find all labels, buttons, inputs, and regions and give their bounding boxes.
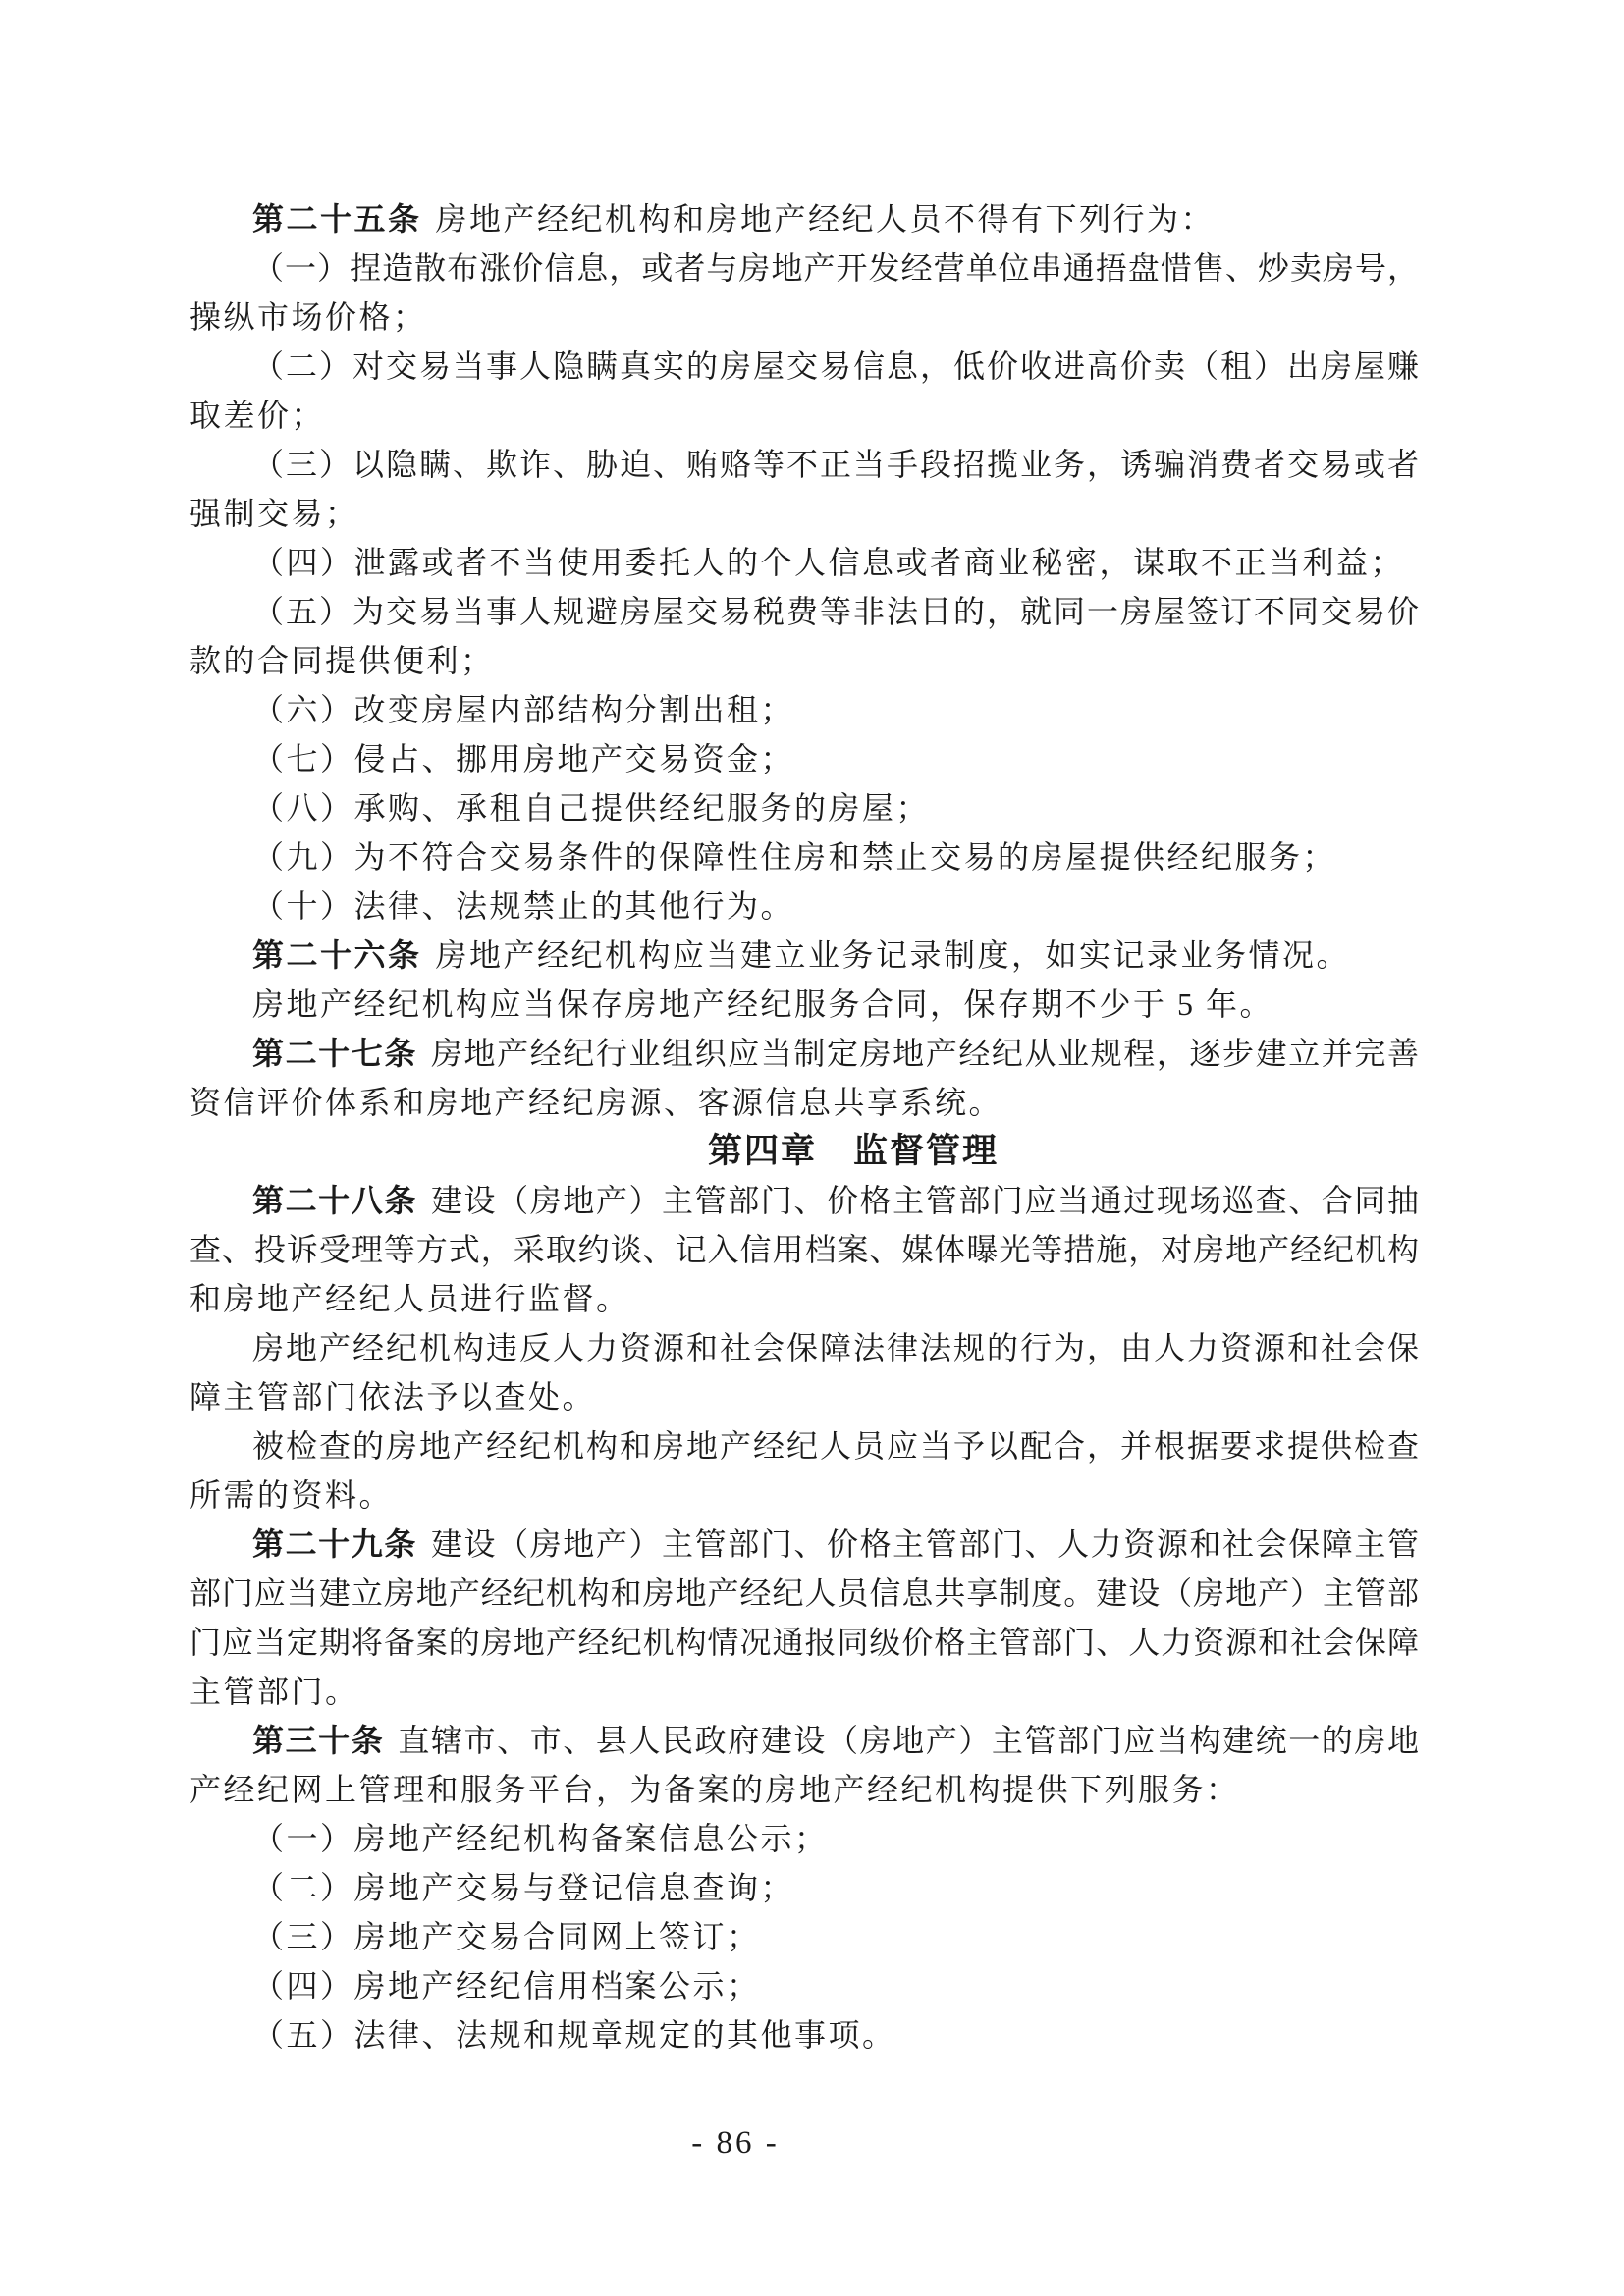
line-text: 障主管部门依法予以查处。 <box>189 1379 596 1415</box>
line-text: 房地产经纪机构违反人力资源和社会保障法律法规的行为，由人力资源和社会保 <box>252 1330 1419 1365</box>
line-text: 和房地产经纪人员进行监督。 <box>189 1281 630 1316</box>
text-line: 部门应当建立房地产经纪机构和房地产经纪人员信息共享制度。建设（房地产）主管部 <box>189 1569 1419 1618</box>
text-line: 取差价； <box>189 391 1419 440</box>
article-number: 第二十九条 <box>252 1526 417 1562</box>
chapter-title-text: 第四章 监督管理 <box>708 1132 999 1170</box>
line-text: 被检查的房地产经纪机构和房地产经纪人员应当予以配合，并根据要求提供检查 <box>252 1428 1419 1464</box>
line-text: （三）以隐瞒、欺诈、胁迫、贿赂等不正当手段招揽业务，诱骗消费者交易或者 <box>252 447 1419 482</box>
line-text: （三）房地产交易合同网上签订； <box>252 1919 761 1954</box>
text-line: （一）房地产经纪机构备案信息公示； <box>189 1814 1419 1863</box>
document-page: 第二十五条房地产经纪机构和房地产经纪人员不得有下列行为：（一）捏造散布涨价信息，… <box>0 0 1624 2296</box>
article-first-line: 第二十六条房地产经纪机构应当建立业务记录制度，如实记录业务情况。 <box>189 931 1419 980</box>
line-text: （四）房地产经纪信用档案公示； <box>252 1968 761 2003</box>
line-text: 部门应当建立房地产经纪机构和房地产经纪人员信息共享制度。建设（房地产）主管部 <box>189 1575 1419 1611</box>
line-text: （五）法律、法规和规章规定的其他事项。 <box>252 2017 896 2053</box>
article-first-line: 第二十八条建设（房地产）主管部门、价格主管部门应当通过现场巡查、合同抽 <box>189 1176 1419 1225</box>
line-text: 建设（房地产）主管部门、价格主管部门应当通过现场巡查、合同抽 <box>431 1183 1419 1218</box>
text-line: （九）为不符合交易条件的保障性住房和禁止交易的房屋提供经纪服务； <box>189 832 1419 881</box>
line-text: 建设（房地产）主管部门、价格主管部门、人力资源和社会保障主管 <box>431 1526 1419 1562</box>
article-first-line: 第二十七条房地产经纪行业组织应当制定房地产经纪从业规程，逐步建立并完善 <box>189 1029 1419 1078</box>
line-text: 资信评价体系和房地产经纪房源、客源信息共享系统。 <box>189 1085 1002 1120</box>
line-text: 款的合同提供便利； <box>189 643 495 678</box>
line-text: （十）法律、法规禁止的其他行为。 <box>252 888 794 924</box>
line-text: 房地产经纪行业组织应当制定房地产经纪从业规程，逐步建立并完善 <box>431 1036 1419 1071</box>
line-text: 门应当定期将备案的房地产经纪机构情况通报同级价格主管部门、人力资源和社会保障 <box>189 1625 1419 1660</box>
text-line: （四）泄露或者不当使用委托人的个人信息或者商业秘密，谋取不正当利益； <box>189 538 1419 587</box>
text-line: （四）房地产经纪信用档案公示； <box>189 1961 1419 2010</box>
text-line: 所需的资料。 <box>189 1470 1419 1520</box>
line-text: 房地产经纪机构应当保存房地产经纪服务合同，保存期不少于 5 年。 <box>252 987 1273 1022</box>
text-line: （一）捏造散布涨价信息，或者与房地产开发经营单位串通捂盘惜售、炒卖房号， <box>189 243 1419 293</box>
text-line: （六）改变房屋内部结构分割出租； <box>189 685 1419 734</box>
text-line: （五）法律、法规和规章规定的其他事项。 <box>189 2010 1419 2059</box>
line-text: 取差价； <box>189 398 325 433</box>
text-line: 门应当定期将备案的房地产经纪机构情况通报同级价格主管部门、人力资源和社会保障 <box>189 1618 1419 1667</box>
line-text: （四）泄露或者不当使用委托人的个人信息或者商业秘密，谋取不正当利益； <box>252 545 1404 580</box>
text-line: （三）以隐瞒、欺诈、胁迫、贿赂等不正当手段招揽业务，诱骗消费者交易或者 <box>189 440 1419 489</box>
line-text: （一）房地产经纪机构备案信息公示； <box>252 1821 829 1856</box>
line-text: 操纵市场价格； <box>189 299 427 335</box>
text-line: 强制交易； <box>189 489 1419 538</box>
article-number: 第二十七条 <box>252 1036 417 1071</box>
text-line: （二）房地产交易与登记信息查询； <box>189 1863 1419 1912</box>
line-text: （九）为不符合交易条件的保障性住房和禁止交易的房屋提供经纪服务； <box>252 839 1336 875</box>
line-text: （五）为交易当事人规避房屋交易税费等非法目的，就同一房屋签订不同交易价 <box>252 594 1419 629</box>
text-line: （三）房地产交易合同网上签订； <box>189 1912 1419 1961</box>
article-first-line: 第三十条直辖市、市、县人民政府建设（房地产）主管部门应当构建统一的房地 <box>189 1716 1419 1765</box>
line-text: 主管部门。 <box>189 1674 359 1709</box>
line-text: （二）房地产交易与登记信息查询； <box>252 1870 794 1905</box>
line-text: （八）承购、承租自己提供经纪服务的房屋； <box>252 790 930 826</box>
text-line: （八）承购、承租自己提供经纪服务的房屋； <box>189 783 1419 832</box>
line-text: 强制交易； <box>189 496 359 531</box>
text-line: （十）法律、法规禁止的其他行为。 <box>189 881 1419 931</box>
line-text: （七）侵占、挪用房地产交易资金； <box>252 741 794 776</box>
line-text: 直辖市、市、县人民政府建设（房地产）主管部门应当构建统一的房地 <box>398 1723 1419 1758</box>
text-line: 和房地产经纪人员进行监督。 <box>189 1274 1419 1323</box>
line-text: 所需的资料。 <box>189 1477 393 1513</box>
line-text: 产经纪网上管理和服务平台，为备案的房地产经纪机构提供下列服务： <box>189 1772 1240 1807</box>
document-body: 第二十五条房地产经纪机构和房地产经纪人员不得有下列行为：（一）捏造散布涨价信息，… <box>189 194 1419 2059</box>
text-line: 被检查的房地产经纪机构和房地产经纪人员应当予以配合，并根据要求提供检查 <box>189 1421 1419 1470</box>
text-line: 障主管部门依法予以查处。 <box>189 1372 1419 1421</box>
text-line: 房地产经纪机构应当保存房地产经纪服务合同，保存期不少于 5 年。 <box>189 980 1419 1029</box>
text-line: （五）为交易当事人规避房屋交易税费等非法目的，就同一房屋签订不同交易价 <box>189 587 1419 636</box>
line-text: （一）捏造散布涨价信息，或者与房地产开发经营单位串通捂盘惜售、炒卖房号， <box>252 250 1419 286</box>
text-line: 操纵市场价格； <box>189 293 1419 342</box>
text-line: 查、投诉受理等方式，采取约谈、记入信用档案、媒体曝光等措施，对房地产经纪机构 <box>189 1225 1419 1274</box>
line-text: 房地产经纪机构和房地产经纪人员不得有下列行为： <box>436 201 1216 237</box>
text-line: 主管部门。 <box>189 1667 1419 1716</box>
line-text: （六）改变房屋内部结构分割出租； <box>252 692 794 727</box>
text-line: 资信评价体系和房地产经纪房源、客源信息共享系统。 <box>189 1078 1419 1127</box>
article-first-line: 第二十九条建设（房地产）主管部门、价格主管部门、人力资源和社会保障主管 <box>189 1520 1419 1569</box>
article-first-line: 第二十五条房地产经纪机构和房地产经纪人员不得有下列行为： <box>189 194 1419 243</box>
line-text: 房地产经纪机构应当建立业务记录制度，如实记录业务情况。 <box>436 937 1351 973</box>
text-line: （七）侵占、挪用房地产交易资金； <box>189 734 1419 783</box>
line-text: （二）对交易当事人隐瞒真实的房屋交易信息，低价收进高价卖（租）出房屋赚 <box>252 348 1419 384</box>
text-line: 款的合同提供便利； <box>189 636 1419 685</box>
chapter-heading: 第四章 监督管理 <box>239 1127 1468 1176</box>
line-text: 查、投诉受理等方式，采取约谈、记入信用档案、媒体曝光等措施，对房地产经纪机构 <box>189 1232 1419 1267</box>
text-line: 房地产经纪机构违反人力资源和社会保障法律法规的行为，由人力资源和社会保 <box>189 1323 1419 1372</box>
article-number: 第二十八条 <box>252 1183 417 1218</box>
page-number: - 86 - <box>121 2120 1350 2165</box>
text-line: 产经纪网上管理和服务平台，为备案的房地产经纪机构提供下列服务： <box>189 1765 1419 1814</box>
text-line: （二）对交易当事人隐瞒真实的房屋交易信息，低价收进高价卖（租）出房屋赚 <box>189 342 1419 391</box>
article-number: 第二十五条 <box>252 201 422 237</box>
article-number: 第三十条 <box>252 1723 384 1758</box>
article-number: 第二十六条 <box>252 937 422 973</box>
